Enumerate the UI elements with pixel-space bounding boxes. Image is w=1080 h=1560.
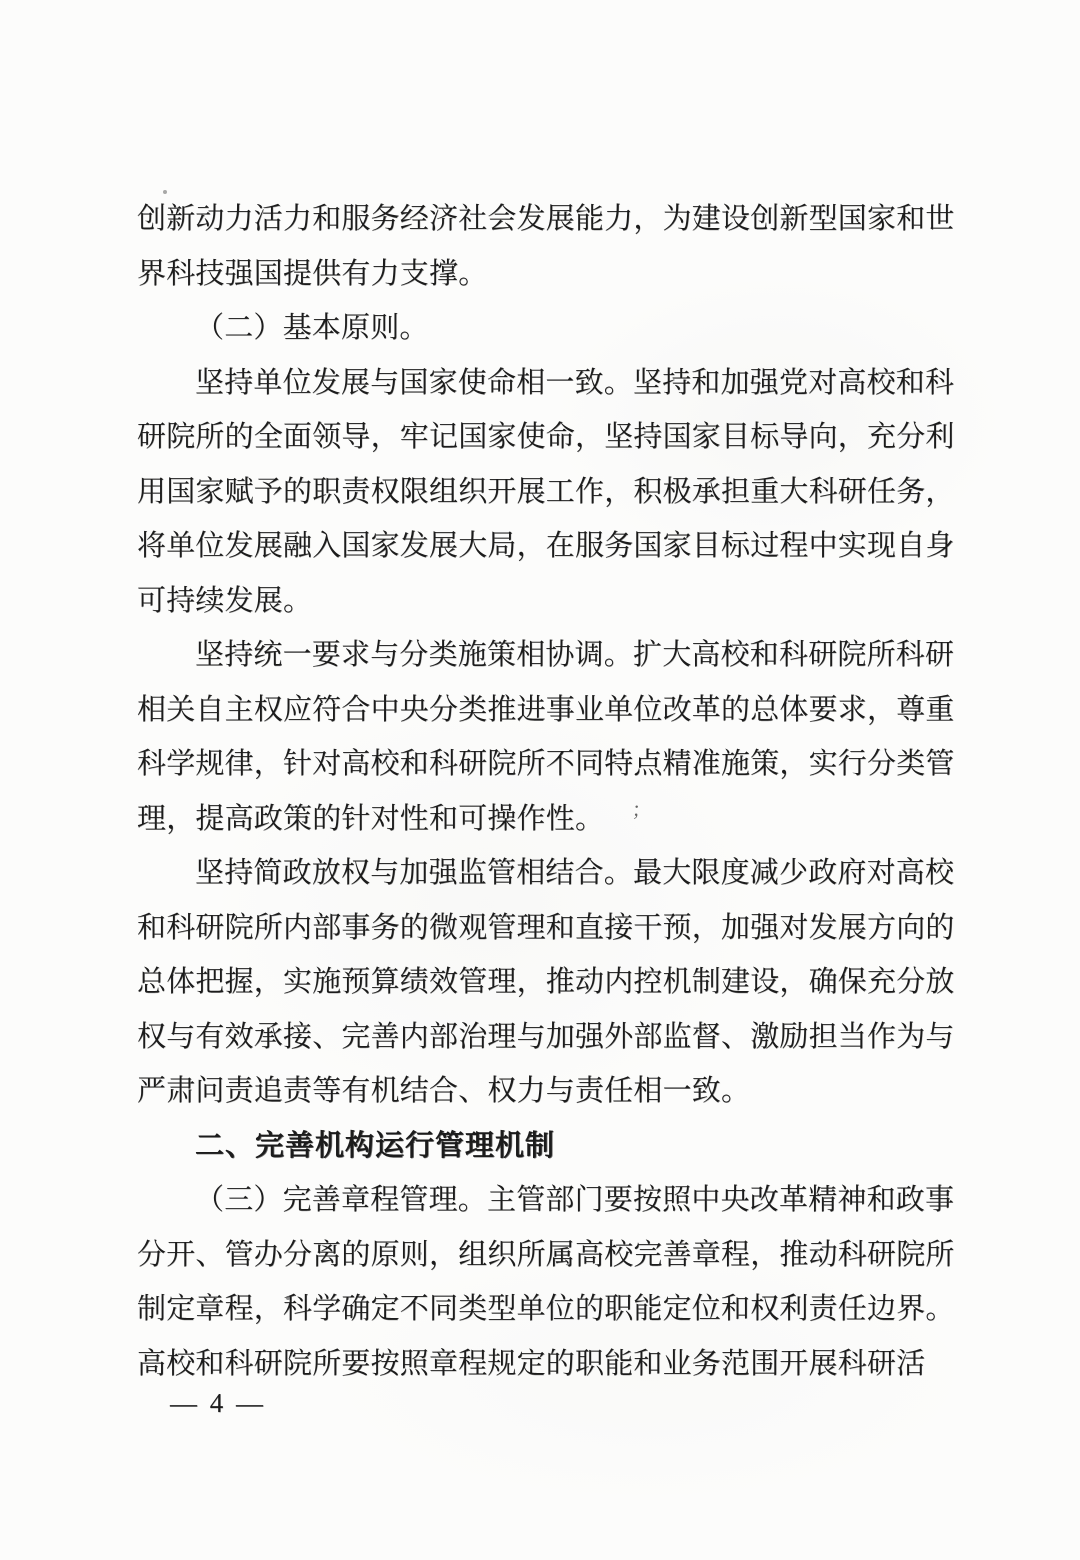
- text-line: 和科研院所内部事务的微观管理和直接干预，加强对发展方向的: [137, 901, 960, 956]
- scan-speck: [163, 190, 167, 194]
- text-line: 理，提高政策的针对性和可操作性。: [137, 792, 960, 847]
- text-line: （二）基本原则。: [137, 301, 960, 356]
- text-line: 高校和科研院所要按照章程规定的职能和业务范围开展科研活: [137, 1337, 960, 1392]
- text-line: 科学规律，针对高校和科研院所不同特点精准施策，实行分类管: [137, 737, 960, 792]
- text-line: 坚持统一要求与分类施策相协调。扩大高校和科研院所科研: [137, 628, 960, 683]
- text-line: 坚持单位发展与国家使命相一致。坚持和加强党对高校和科: [137, 356, 960, 411]
- text-line: 总体把握，实施预算绩效管理，推动内控机制建设，确保充分放: [137, 955, 960, 1010]
- section-heading: 二、完善机构运行管理机制: [137, 1119, 960, 1174]
- text-line: 将单位发展融入国家发展大局，在服务国家目标过程中实现自身: [137, 519, 960, 574]
- text-line: 权与有效承接、完善内部治理与加强外部监督、激励担当作为与: [137, 1010, 960, 1065]
- text-line: 分开、管办分离的原则，组织所属高校完善章程，推动科研院所: [137, 1228, 960, 1283]
- text-line: 制定章程，科学确定不同类型单位的职能定位和权利责任边界。: [137, 1282, 960, 1337]
- text-line: 研院所的全面领导，牢记国家使命，坚持国家目标导向，充分利: [137, 410, 960, 465]
- text-line: 创新动力活力和服务经济社会发展能力，为建设创新型国家和世: [137, 192, 960, 247]
- scan-speck: [286, 1296, 290, 1300]
- scan-artifact-mark: ；: [631, 793, 653, 823]
- document-page: { "doc": { "lines": [ { "text": "创新动力活力和…: [0, 0, 1080, 1560]
- scan-speck: [419, 1252, 422, 1255]
- text-line: 用国家赋予的职责权限组织开展工作，积极承担重大科研任务，: [137, 465, 960, 520]
- page-number: — 4 —: [170, 1388, 266, 1419]
- text-line: （三）完善章程管理。主管部门要按照中央改革精神和政事: [137, 1173, 960, 1228]
- text-line: 相关自主权应符合中央分类推进事业单位改革的总体要求，尊重: [137, 683, 960, 738]
- text-line: 可持续发展。: [137, 574, 960, 629]
- text-line: 界科技强国提供有力支撑。: [137, 247, 960, 302]
- text-line: 坚持简政放权与加强监管相结合。最大限度减少政府对高校: [137, 846, 960, 901]
- document-text-block: 创新动力活力和服务经济社会发展能力，为建设创新型国家和世 界科技强国提供有力支撑…: [137, 192, 960, 1391]
- text-line: 严肃问责追责等有机结合、权力与责任相一致。: [137, 1064, 960, 1119]
